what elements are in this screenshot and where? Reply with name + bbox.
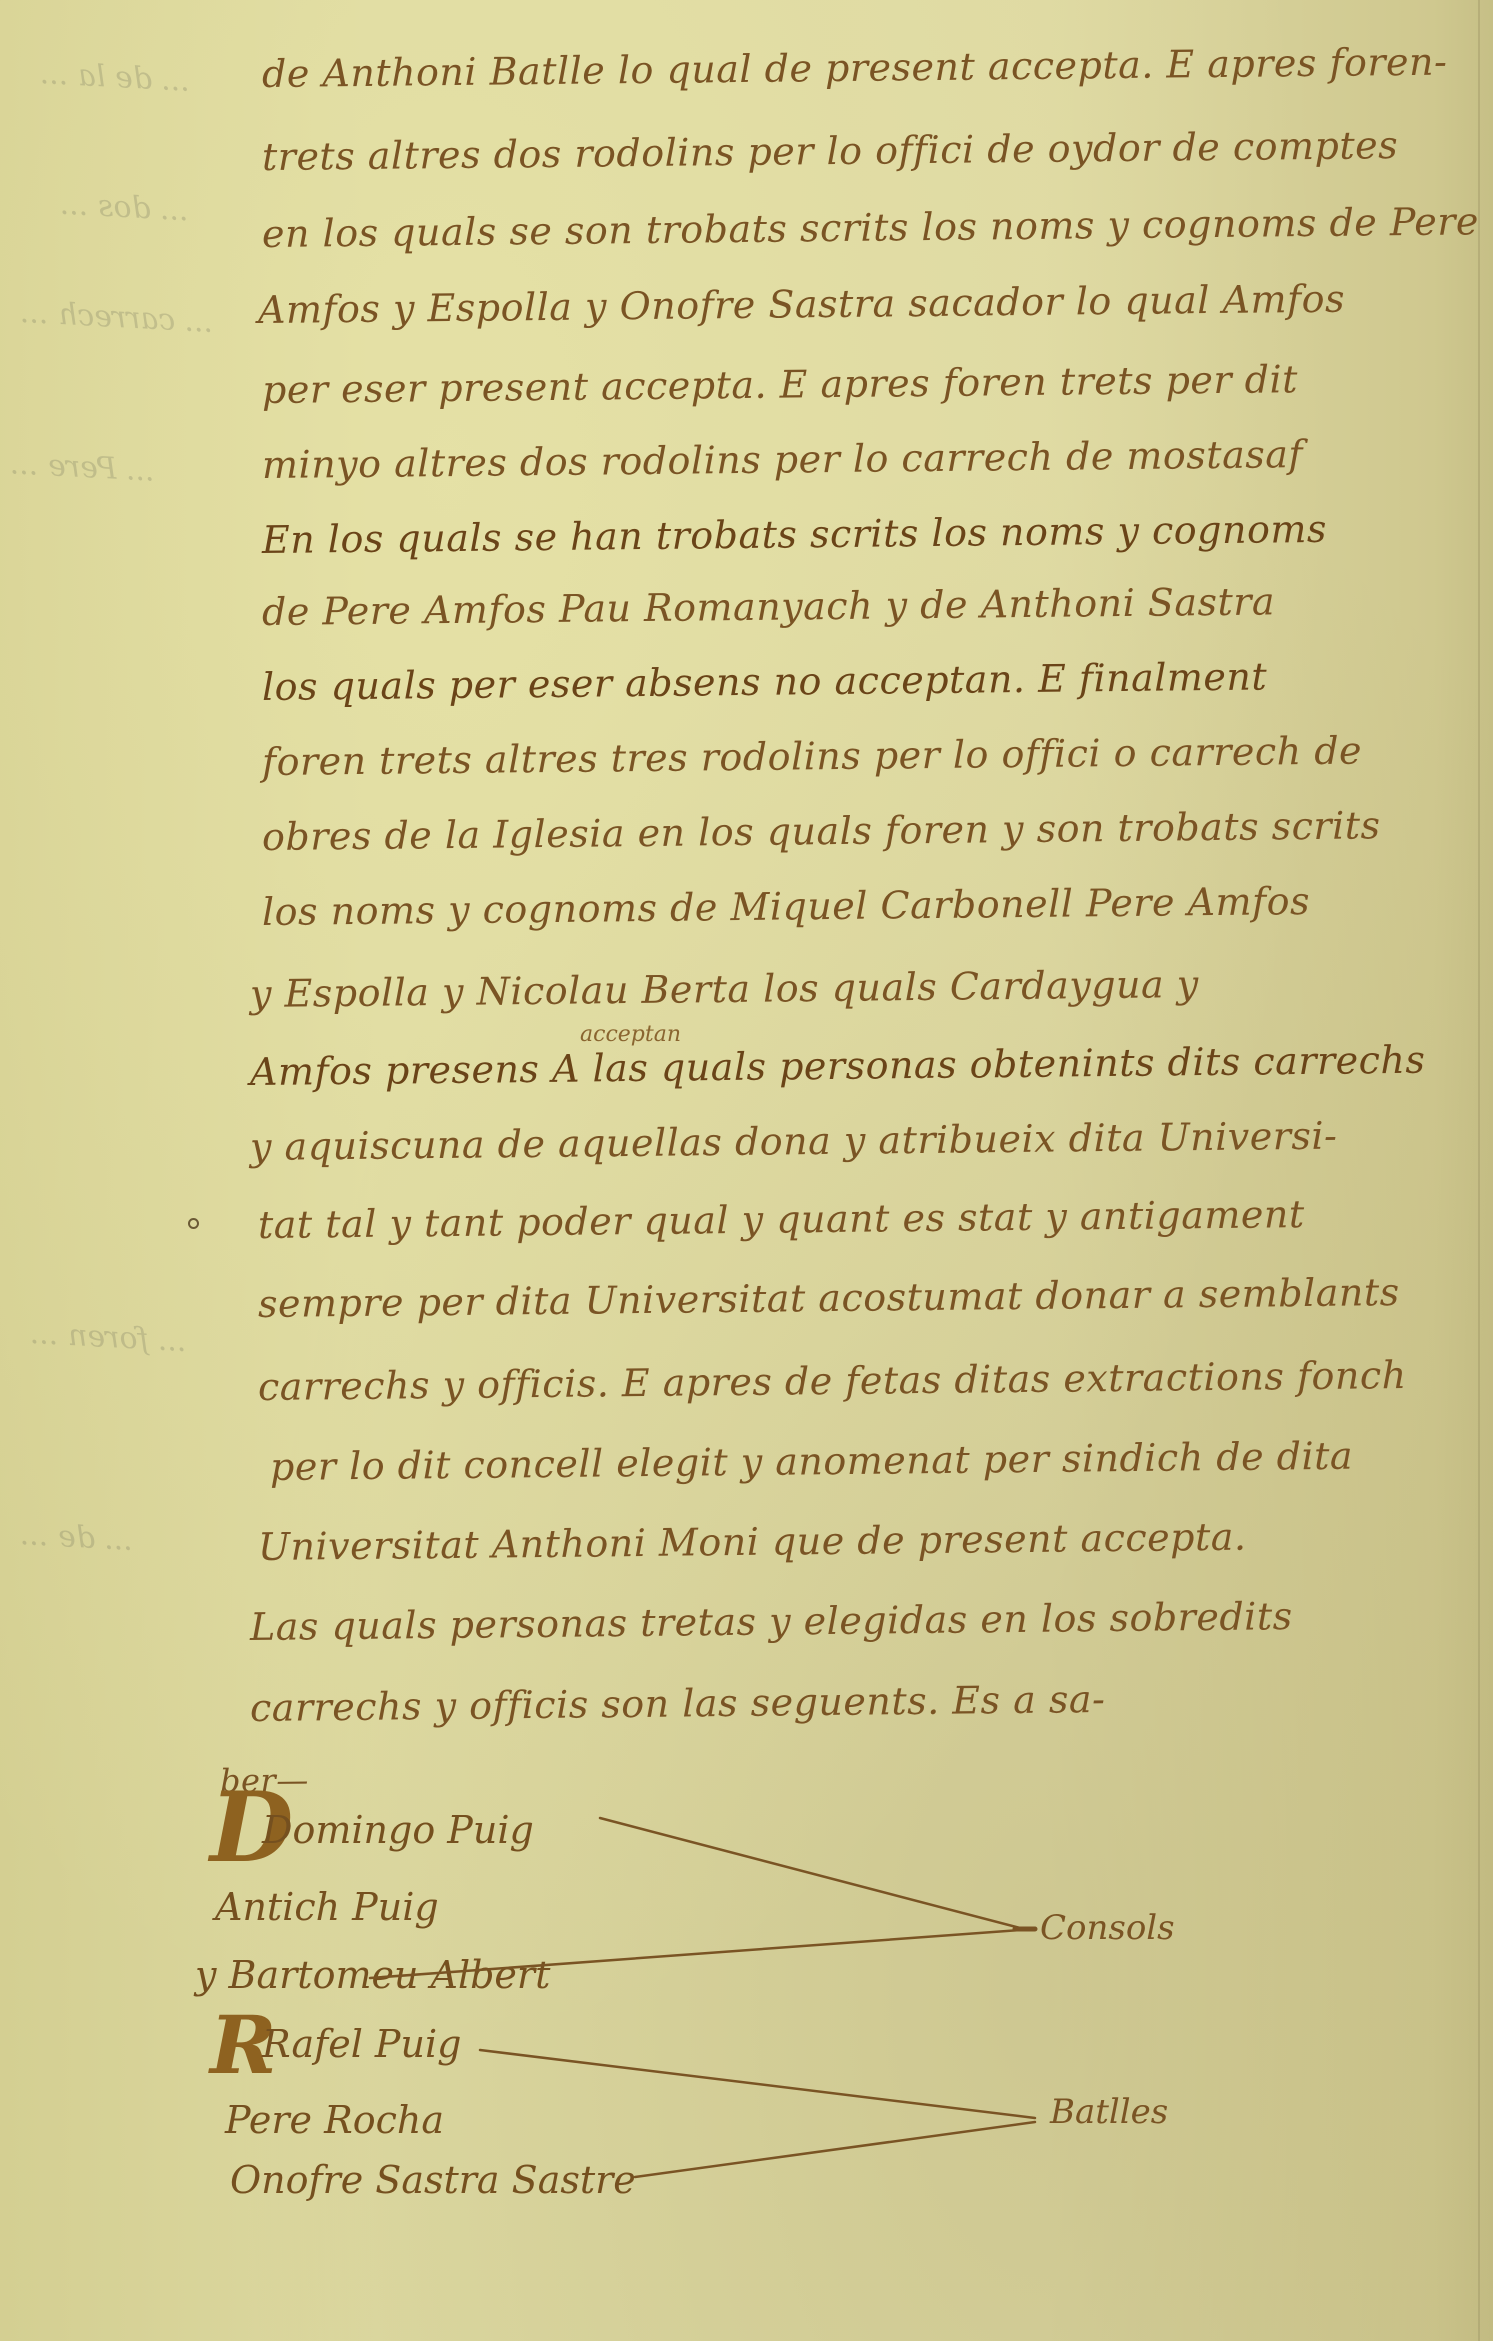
office-label-batlles: Batlles (1050, 2092, 1168, 2132)
bracket-line (600, 1818, 1020, 1928)
grouping-brackets (0, 0, 1493, 2341)
office-label-consols: Consols (1040, 1908, 1175, 1948)
manuscript-page: ... de la ... ... dos ... ... carrech ..… (0, 0, 1493, 2341)
bracket-line (370, 1930, 1020, 1978)
